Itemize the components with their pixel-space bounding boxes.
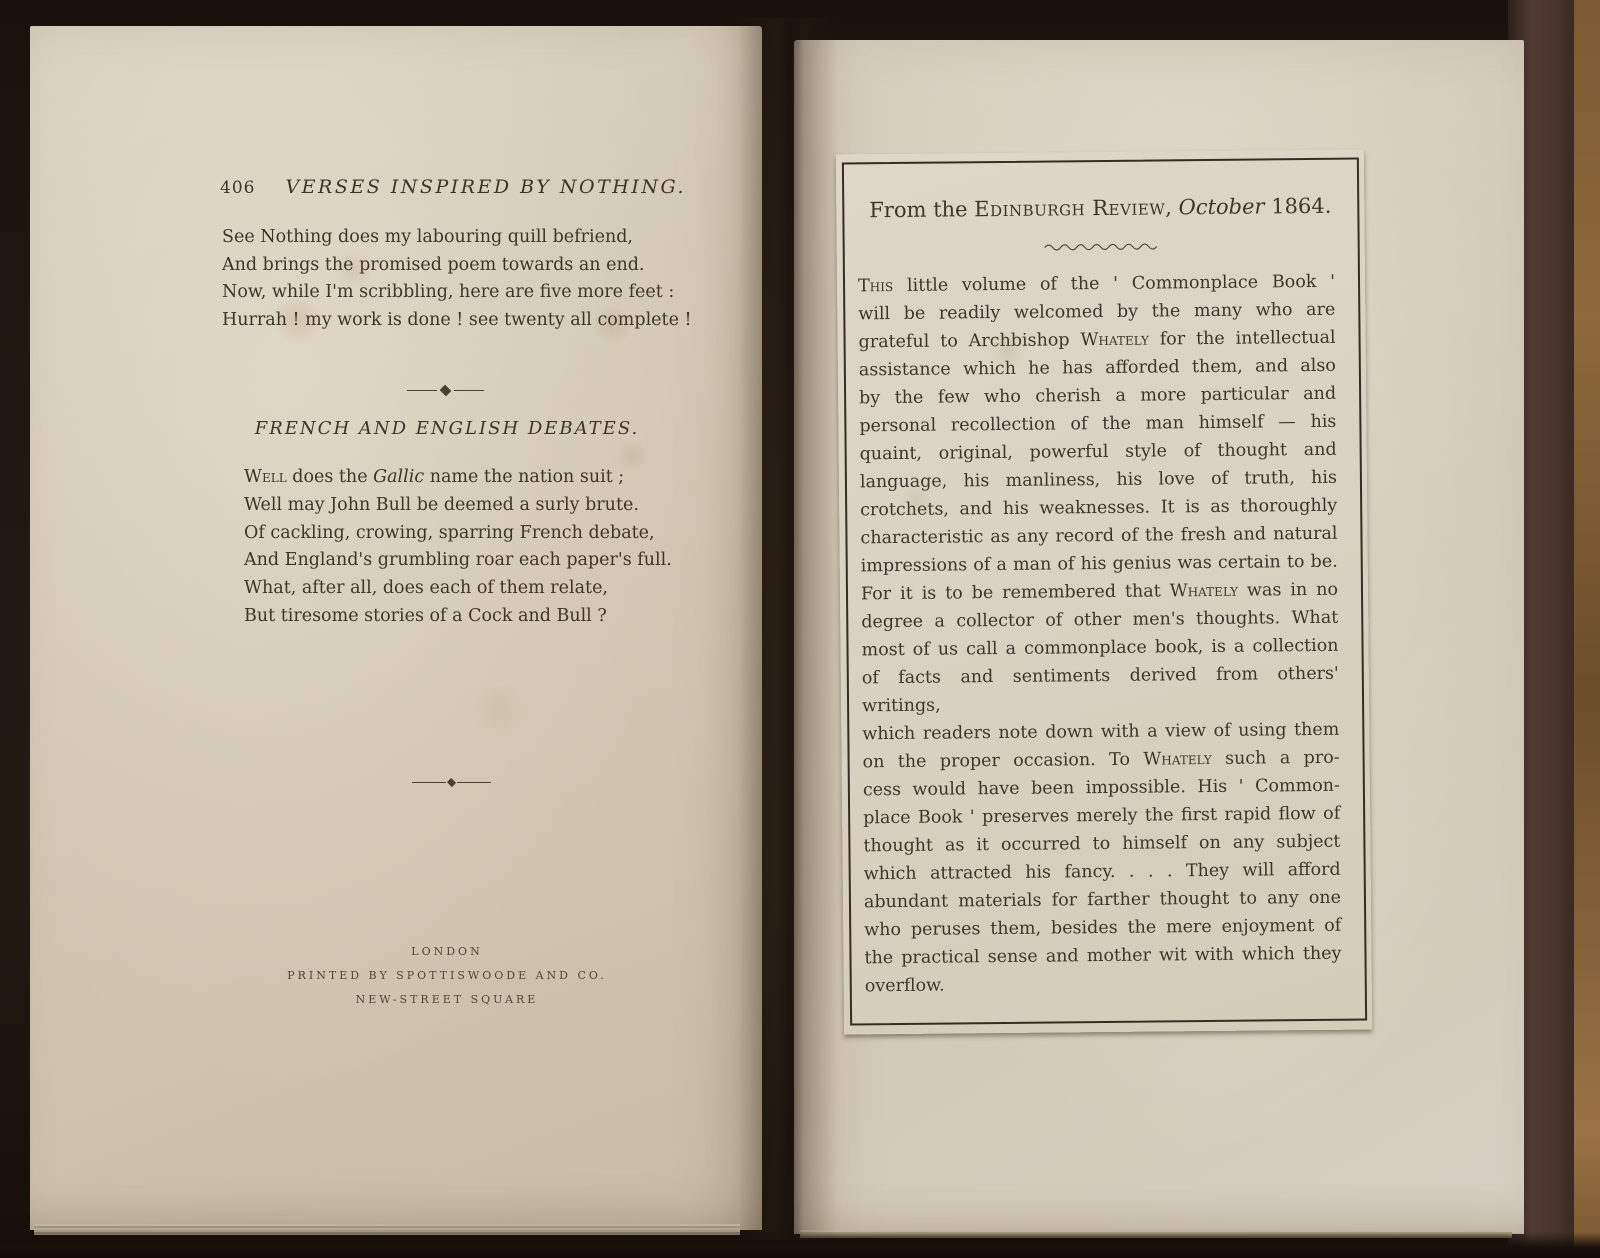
left-page-header: 406 VERSES INSPIRED BY NOTHING. [220,176,686,198]
poem-verses-inspired-by-nothing: See Nothing does my labouring quill befr… [222,224,692,334]
page-number: 406 [220,178,255,198]
review-header: From the Edinburgh Review, October 1864. [846,194,1354,223]
poem-line: And England's grumbling roar each paper'… [244,547,672,575]
body-text-line: the practical sense and mother wit with … [864,940,1341,973]
body-text-line: overflow. [865,968,1342,1001]
poem-line: And brings the promised poem towards an … [222,252,692,280]
imprint-line: NEW-STREET SQUARE [182,988,712,1012]
body-text-line: of facts and sentiments derived from oth… [862,660,1340,721]
rule-line [407,390,437,392]
rule-line [412,782,446,783]
review-header-line: From the Edinburgh Review, October 1864. [846,194,1354,223]
diamond-icon [446,778,455,787]
poem-line: Well does the Gallic name the nation sui… [244,464,672,492]
rule-line [457,782,491,783]
section-title: FRENCH AND ENGLISH DEBATES. [182,418,712,439]
body-text-line: personal recollection of the man himself… [859,408,1336,441]
imprint-line: LONDON [182,940,712,964]
review-body-text: This little volume of the ' Commonplace … [858,268,1342,1001]
wood-surface [1574,0,1600,1258]
rule-line [454,390,484,392]
left-page: 406 VERSES INSPIRED BY NOTHING. See Noth… [30,26,762,1230]
poem-line: Well may John Bull be deemed a surly bru… [244,492,672,520]
poem-line: Now, while I'm scribbling, here are five… [222,279,692,307]
poem-line: What, after all, does each of them relat… [244,575,672,603]
poem-line: But tiresome stories of a Cock and Bull … [244,603,672,631]
bottom-shadow [0,1232,1600,1258]
running-title: VERSES INSPIRED BY NOTHING. [285,176,686,198]
printer-imprint: LONDONPRINTED BY SPOTTISWOODE AND CO.NEW… [182,940,712,1012]
poem-line: Hurrah ! my work is done ! see twenty al… [222,307,692,335]
tipped-in-review-sheet: From the Edinburgh Review, October 1864.… [836,149,1372,1034]
poem-french-and-english-debates: Well does the Gallic name the nation sui… [244,464,672,631]
end-ornament [226,779,676,786]
poem-line: See Nothing does my labouring quill befr… [222,224,692,252]
diamond-icon [439,385,451,397]
open-book-photo: 406 VERSES INSPIRED BY NOTHING. See Noth… [0,0,1600,1258]
divider-ornament [220,386,670,395]
poem-line: Of cackling, crowing, sparring French de… [244,520,672,548]
right-page: From the Edinburgh Review, October 1864.… [794,40,1524,1234]
imprint-line: PRINTED BY SPOTTISWOODE AND CO. [182,964,712,988]
